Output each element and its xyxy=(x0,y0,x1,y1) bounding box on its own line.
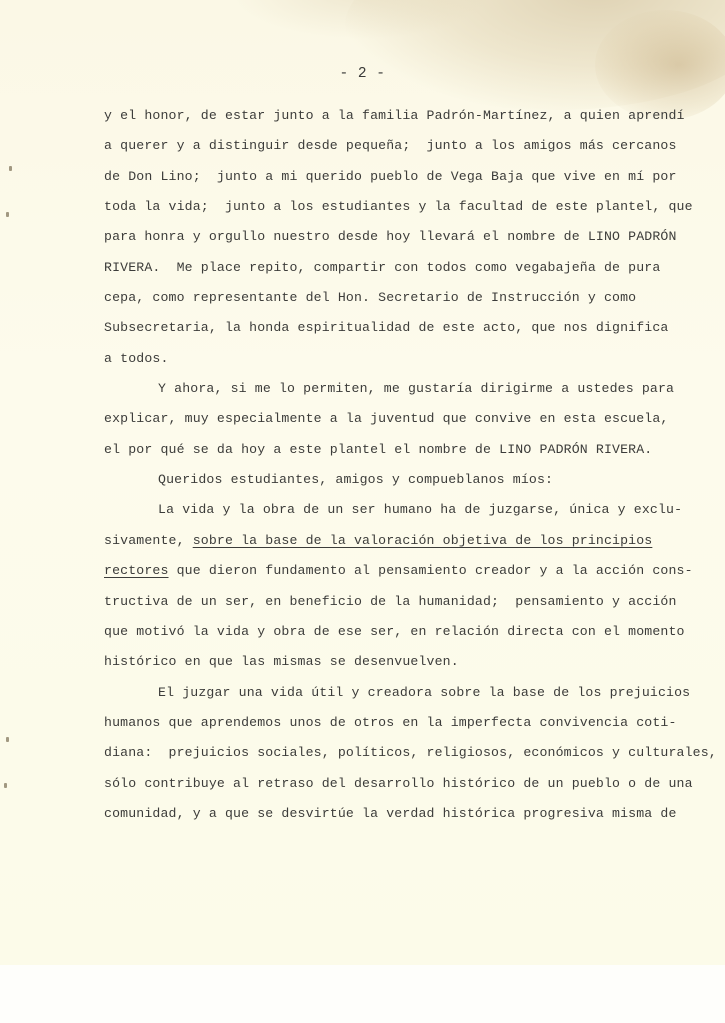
text-line: humanos que aprendemos unos de otros en … xyxy=(104,713,664,743)
text-line: explicar, muy especialmente a la juventu… xyxy=(104,409,664,439)
page-number: - 2 - xyxy=(0,66,725,82)
underlined-text: sobre la base de la valoración objetiva … xyxy=(193,533,653,548)
document-body: y el honor, de estar junto a la familia … xyxy=(104,106,664,834)
text-line: Subsecretaria, la honda espiritualidad d… xyxy=(104,318,664,348)
text-line: El juzgar una vida útil y creadora sobre… xyxy=(104,683,664,713)
text-line: a todos. xyxy=(104,349,664,379)
margin-mark xyxy=(6,212,9,217)
text-line: sivamente, sobre la base de la valoració… xyxy=(104,531,664,561)
text-segment: sivamente, xyxy=(104,533,193,548)
text-line: que motivó la vida y obra de ese ser, en… xyxy=(104,622,664,652)
text-line: RIVERA. Me place repito, compartir con t… xyxy=(104,258,664,288)
text-line: de Don Lino; junto a mi querido pueblo d… xyxy=(104,167,664,197)
water-stain xyxy=(595,10,725,120)
margin-mark xyxy=(4,783,7,788)
margin-mark xyxy=(9,166,12,171)
text-line: y el honor, de estar junto a la familia … xyxy=(104,106,664,136)
text-line: comunidad, y a que se desvirtúe la verda… xyxy=(104,804,664,834)
text-line: Y ahora, si me lo permiten, me gustaría … xyxy=(104,379,664,409)
text-line: para honra y orgullo nuestro desde hoy l… xyxy=(104,227,664,257)
text-line: toda la vida; junto a los estudiantes y … xyxy=(104,197,664,227)
text-line: histórico en que las mismas se desenvuel… xyxy=(104,652,664,682)
text-segment: que dieron fundamento al pensamiento cre… xyxy=(169,563,693,578)
text-line: rectores que dieron fundamento al pensam… xyxy=(104,561,664,591)
text-line: cepa, como representante del Hon. Secret… xyxy=(104,288,664,318)
text-line: Queridos estudiantes, amigos y compuebla… xyxy=(104,470,664,500)
text-line: a querer y a distinguir desde pequeña; j… xyxy=(104,136,664,166)
water-stain xyxy=(230,0,490,40)
underlined-text: rectores xyxy=(104,563,169,578)
text-line: tructiva de un ser, en beneficio de la h… xyxy=(104,592,664,622)
margin-mark xyxy=(6,737,9,742)
water-stain xyxy=(345,0,725,110)
text-line: el por qué se da hoy a este plantel el n… xyxy=(104,440,664,470)
document-page: - 2 - y el honor, de estar junto a la fa… xyxy=(0,0,725,965)
text-line: diana: prejuicios sociales, políticos, r… xyxy=(104,743,664,773)
text-line: sólo contribuye al retraso del desarroll… xyxy=(104,774,664,804)
text-line: La vida y la obra de un ser humano ha de… xyxy=(104,500,664,530)
